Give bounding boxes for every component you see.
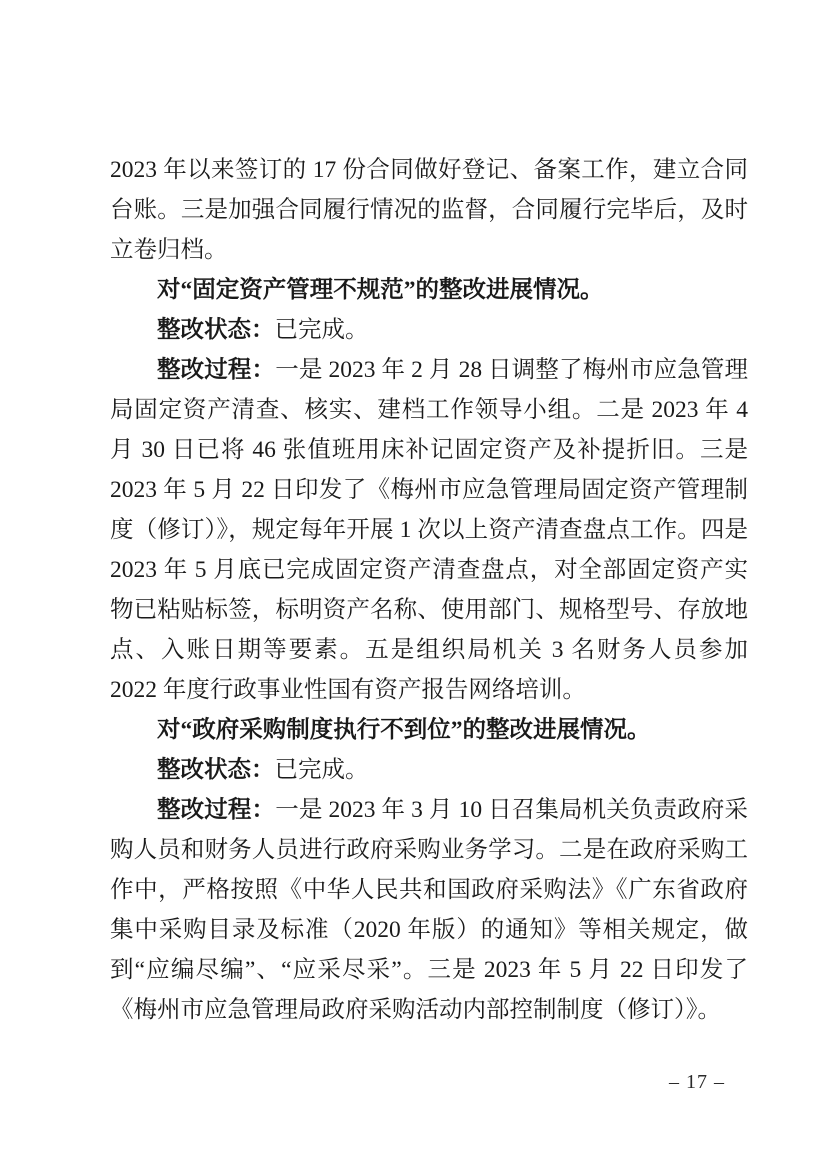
paragraph-text: 对“固定资产管理不规范”的整改进展情况。 bbox=[157, 277, 604, 303]
paragraph-lead: 整改状态： bbox=[157, 757, 275, 783]
paragraph-text: 已完成。 bbox=[275, 757, 369, 783]
paragraph-lead: 整改状态： bbox=[157, 317, 275, 343]
paragraph-text: 已完成。 bbox=[275, 317, 369, 343]
paragraph: 整改过程：一是 2023 年 2 月 28 日调整了梅州市应急管理局固定资产清查… bbox=[110, 350, 748, 710]
paragraph-lead: 整改过程： bbox=[157, 797, 275, 823]
paragraph: 整改状态：已完成。 bbox=[110, 750, 748, 790]
paragraph-text: 对“政府采购制度执行不到位”的整改进展情况。 bbox=[157, 717, 651, 743]
section-heading: 对“政府采购制度执行不到位”的整改进展情况。 bbox=[110, 710, 748, 750]
document-body: 2023 年以来签订的 17 份合同做好登记、备案工作，建立合同台账。三是加强合… bbox=[110, 150, 748, 1030]
page-footer: – 17 – bbox=[0, 1070, 725, 1094]
paragraph-lead: 整改过程： bbox=[157, 357, 275, 383]
paragraph: 整改状态：已完成。 bbox=[110, 310, 748, 350]
paragraph-text: 一是 2023 年 3 月 10 日召集局机关负责政府采购人员和财务人员进行政府… bbox=[110, 797, 748, 1023]
document-page: 2023 年以来签订的 17 份合同做好登记、备案工作，建立合同台账。三是加强合… bbox=[0, 0, 827, 1170]
paragraph: 整改过程：一是 2023 年 3 月 10 日召集局机关负责政府采购人员和财务人… bbox=[110, 790, 748, 1030]
paragraph-text: 2023 年以来签订的 17 份合同做好登记、备案工作，建立合同台账。三是加强合… bbox=[110, 157, 748, 263]
paragraph-text: 一是 2023 年 2 月 28 日调整了梅州市应急管理局固定资产清查、核实、建… bbox=[110, 357, 748, 703]
section-heading: 对“固定资产管理不规范”的整改进展情况。 bbox=[110, 270, 748, 310]
paragraph: 2023 年以来签订的 17 份合同做好登记、备案工作，建立合同台账。三是加强合… bbox=[110, 150, 748, 270]
page-number: – 17 – bbox=[669, 1071, 725, 1093]
